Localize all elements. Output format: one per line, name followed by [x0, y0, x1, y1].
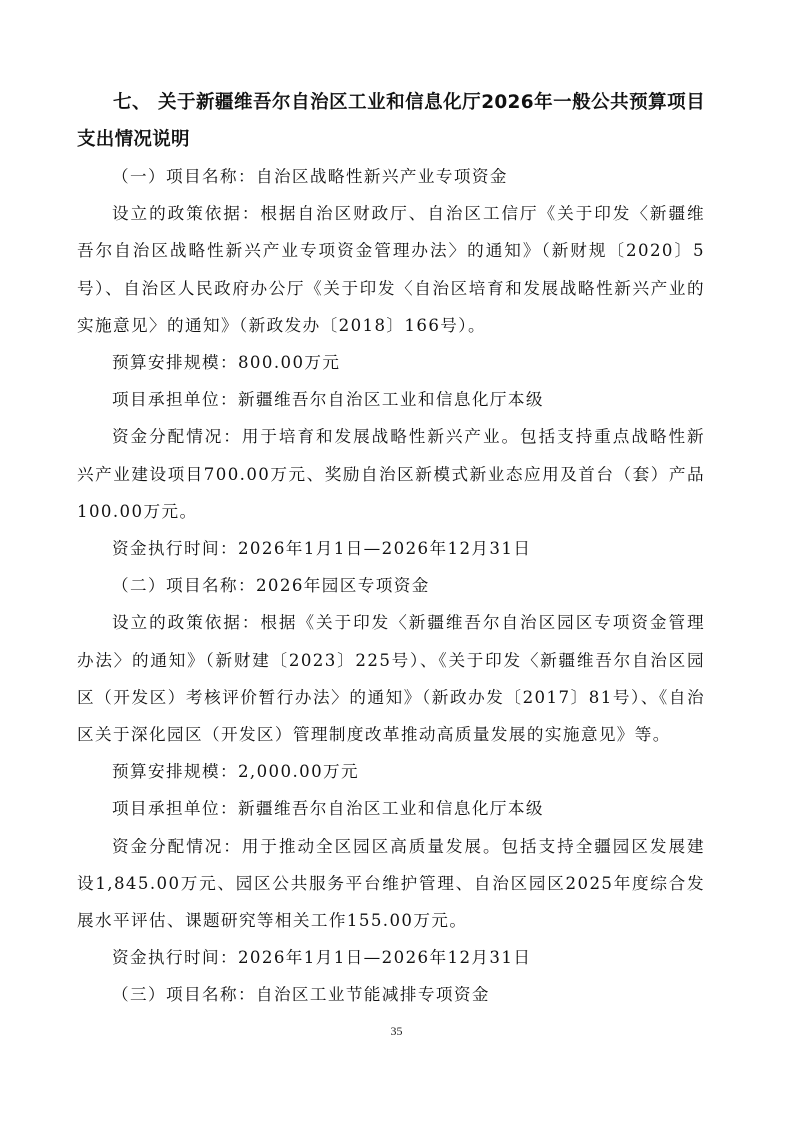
budget-scale: 预算安排规模：800.00万元 — [77, 344, 705, 381]
policy-basis: 设立的政策依据：根据《关于印发〈新疆维吾尔自治区园区专项资金管理办法〉的通知》（… — [77, 604, 705, 753]
undertaking-unit: 项目承担单位：新疆维吾尔自治区工业和信息化厅本级 — [77, 790, 705, 827]
budget-scale: 预算安排规模：2,000.00万元 — [77, 753, 705, 790]
project-3: （三）项目名称：自治区工业节能减排专项资金 — [77, 976, 705, 1013]
project-1: （一）项目名称：自治区战略性新兴产业专项资金 设立的政策依据：根据自治区财政厅、… — [77, 158, 705, 567]
fund-allocation: 资金分配情况：用于培育和发展战略性新兴产业。包括支持重点战略性新兴产业建设项目7… — [77, 418, 705, 530]
undertaking-unit: 项目承担单位：新疆维吾尔自治区工业和信息化厅本级 — [77, 381, 705, 418]
project-title: （二）项目名称：2026年园区专项资金 — [77, 567, 705, 604]
project-title: （一）项目名称：自治区战略性新兴产业专项资金 — [77, 158, 705, 195]
project-2: （二）项目名称：2026年园区专项资金 设立的政策依据：根据《关于印发〈新疆维吾… — [77, 567, 705, 976]
execution-time: 资金执行时间：2026年1月1日—2026年12月31日 — [77, 530, 705, 567]
section-heading: 七、 关于新疆维吾尔自治区工业和信息化厅2026年一般公共预算项目支出情况说明 — [77, 84, 705, 158]
execution-time: 资金执行时间：2026年1月1日—2026年12月31日 — [77, 939, 705, 976]
page-number: 35 — [0, 1024, 793, 1039]
fund-allocation: 资金分配情况：用于推动全区园区高质量发展。包括支持全疆园区发展建设1,845.0… — [77, 828, 705, 940]
policy-basis: 设立的政策依据：根据自治区财政厅、自治区工信厅《关于印发〈新疆维吾尔自治区战略性… — [77, 195, 705, 344]
project-title: （三）项目名称：自治区工业节能减排专项资金 — [77, 976, 705, 1013]
document-page: 七、 关于新疆维吾尔自治区工业和信息化厅2026年一般公共预算项目支出情况说明 … — [77, 84, 705, 1014]
